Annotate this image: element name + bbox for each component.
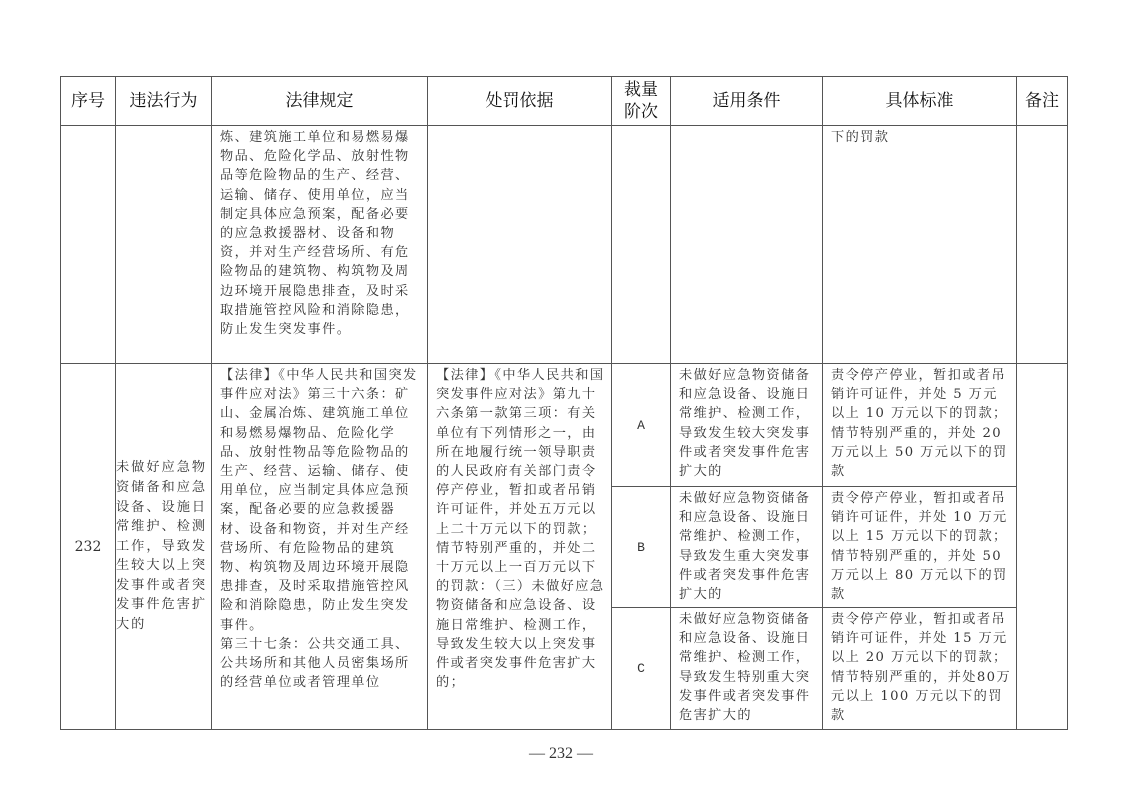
header-row: 序号 违法行为 法律规定 处罚依据 裁量 阶次 适用条件 具体标准 备注	[61, 77, 1068, 126]
standard-text: 下的罚款	[823, 126, 1016, 147]
cell-level-a: A	[612, 364, 671, 487]
header-seq: 序号	[61, 77, 116, 126]
cell-standard-c: 责令停产停业，暂扣或者吊销许可证件，并处 15 万元以上 20 万元以下的罚款；…	[823, 608, 1017, 730]
header-standard: 具体标准	[823, 77, 1017, 126]
cell-legal-provision-232: 【法律】《中华人民共和国突发事件应对法》第三十六条：矿山、金属冶炼、建筑施工单位…	[212, 364, 428, 730]
header-condition: 适用条件	[671, 77, 823, 126]
penalty-basis-text: 【法律】《中华人民共和国突发事件应对法》第九十六条第一款第三项：有关单位有下列情…	[428, 364, 611, 692]
cell-penalty-basis	[428, 126, 612, 364]
cell-condition-c: 未做好应急物资储备和应急设备、设施日常维护、检测工作，导致发生特别重大突发事件或…	[671, 608, 823, 730]
cell-condition-a: 未做好应急物资储备和应急设备、设施日常维护、检测工作，导致发生较大突发事件或者突…	[671, 364, 823, 487]
legal-provision-text: 【法律】《中华人民共和国突发事件应对法》第三十六条：矿山、金属冶炼、建筑施工单位…	[212, 364, 427, 692]
header-penalty-basis: 处罚依据	[428, 77, 612, 126]
cell-condition	[671, 126, 823, 364]
cell-behavior-232: 未做好应急物资储备和应急设备、设施日常维护、检测工作，导致发生较大以上突发事件或…	[116, 364, 212, 730]
cell-behavior	[116, 126, 212, 364]
header-level: 裁量 阶次	[612, 77, 671, 126]
cell-standard: 下的罚款	[823, 126, 1017, 364]
header-remark: 备注	[1017, 77, 1068, 126]
table-row-232-level-a: 232 未做好应急物资储备和应急设备、设施日常维护、检测工作，导致发生较大以上突…	[61, 364, 1068, 487]
cell-level-c: C	[612, 608, 671, 730]
table-row-continuation: 炼、建筑施工单位和易燃易爆物品、危险化学品、放射性物品等危险物品的生产、经营、运…	[61, 126, 1068, 364]
cell-seq	[61, 126, 116, 364]
cell-legal-provision: 炼、建筑施工单位和易燃易爆物品、危险化学品、放射性物品等危险物品的生产、经营、运…	[212, 126, 428, 364]
standard-text: 责令停产停业，暂扣或者吊销许可证件，并处 5 万元以上 10 万元以下的罚款；情…	[823, 364, 1016, 481]
cell-condition-b: 未做好应急物资储备和应急设备、设施日常维护、检测工作，导致发生重大突发事件或者突…	[671, 487, 823, 608]
condition-text: 未做好应急物资储备和应急设备、设施日常维护、检测工作，导致发生较大突发事件或者突…	[671, 364, 822, 481]
penalty-discretion-table: 序号 违法行为 法律规定 处罚依据 裁量 阶次 适用条件 具体标准 备注 炼、建…	[60, 76, 1068, 730]
header-behavior: 违法行为	[116, 77, 212, 126]
cell-standard-b: 责令停产停业，暂扣或者吊销许可证件，并处 10 万元以上 15 万元以下的罚款；…	[823, 487, 1017, 608]
cell-standard-a: 责令停产停业，暂扣或者吊销许可证件，并处 5 万元以上 10 万元以下的罚款；情…	[823, 364, 1017, 487]
condition-text: 未做好应急物资储备和应急设备、设施日常维护、检测工作，导致发生重大突发事件或者突…	[671, 487, 822, 604]
cell-seq-232: 232	[61, 364, 116, 730]
standard-text: 责令停产停业，暂扣或者吊销许可证件，并处 15 万元以上 20 万元以下的罚款；…	[823, 608, 1016, 725]
cell-penalty-basis-232: 【法律】《中华人民共和国突发事件应对法》第九十六条第一款第三项：有关单位有下列情…	[428, 364, 612, 730]
header-legal-provision: 法律规定	[212, 77, 428, 126]
legal-provision-text: 炼、建筑施工单位和易燃易爆物品、危险化学品、放射性物品等危险物品的生产、经营、运…	[212, 126, 427, 339]
standard-text: 责令停产停业，暂扣或者吊销许可证件，并处 10 万元以上 15 万元以下的罚款；…	[823, 487, 1016, 604]
condition-text: 未做好应急物资储备和应急设备、设施日常维护、检测工作，导致发生特别重大突发事件或…	[671, 608, 822, 725]
cell-level	[612, 126, 671, 364]
cell-level-b: B	[612, 487, 671, 608]
page-number: — 232 —	[0, 745, 1122, 763]
cell-remark-232	[1017, 364, 1068, 730]
cell-remark	[1017, 126, 1068, 364]
